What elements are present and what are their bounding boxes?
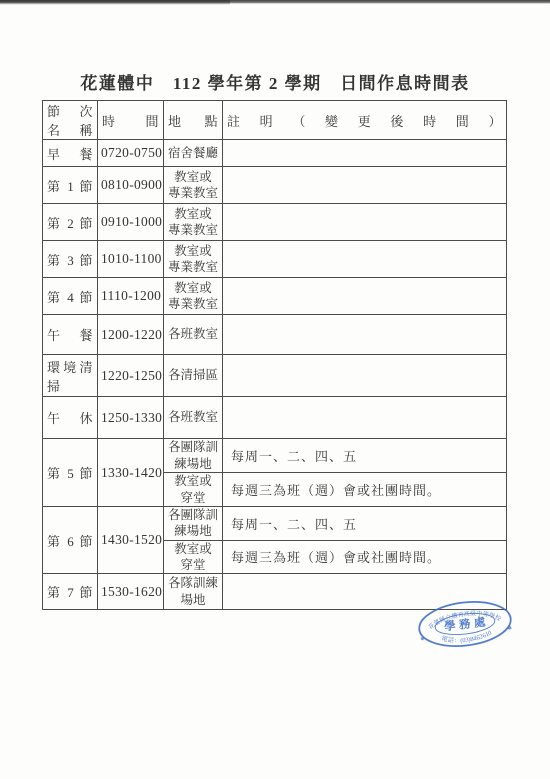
col-header-place: 地 點: [164, 101, 223, 140]
period-cell: 第 2 節: [43, 204, 98, 241]
place-cell: 各隊訓練 場地: [164, 574, 223, 610]
table-row: 第 1 節 0810-0900 教室或 專業教室: [43, 167, 507, 204]
table-row: 第 3 節 1010-1100 教室或 專業教室: [43, 241, 507, 278]
period-cell: 早 餐: [43, 140, 98, 167]
time-cell: 1010-1100: [98, 241, 164, 278]
place-cell: 教室或 專業教室: [164, 278, 223, 315]
note-cell: [223, 397, 507, 439]
place-cell: 各團隊訓 練場地: [164, 507, 223, 541]
place-cell: 教室或 穿堂: [164, 473, 223, 507]
place-cell: 各班教室: [164, 397, 223, 439]
table-row: 午 餐 1200-1220 各班教室: [43, 315, 507, 355]
time-cell: 1220-1250: [98, 355, 164, 397]
period-cell: 第 5 節: [43, 439, 98, 507]
time-cell: 1110-1200: [98, 278, 164, 315]
note-cell: [223, 315, 507, 355]
period-cell: 第 4 節: [43, 278, 98, 315]
place-cell: 各班教室: [164, 315, 223, 355]
period-cell: 第 7 節: [43, 574, 98, 610]
time-cell: 1250-1330: [98, 397, 164, 439]
note-cell: [223, 355, 507, 397]
note-cell: [223, 204, 507, 241]
table-row: 早 餐 0720-0750 宿舍餐廳: [43, 140, 507, 167]
time-cell: 0720-0750: [98, 140, 164, 167]
place-cell: 教室或 專業教室: [164, 167, 223, 204]
time-cell: 0910-1000: [98, 204, 164, 241]
note-cell: 每周一、二、四、五: [223, 507, 507, 541]
seal-ornament-right-icon: ✽: [507, 625, 512, 631]
col-header-period: 節 次 名 稱: [43, 101, 98, 140]
time-cell: 1530-1620: [98, 574, 164, 610]
table-row: 第 2 節 0910-1000 教室或 專業教室: [43, 204, 507, 241]
col-header-note: 註 明 （ 變 更 後 時 間 ）: [223, 101, 507, 140]
period-cell: 午 休: [43, 397, 98, 439]
table-row: 第 4 節 1110-1200 教室或 專業教室: [43, 278, 507, 315]
note-cell: [223, 140, 507, 167]
period-cell: 第 6 節: [43, 507, 98, 574]
time-cell: 1330-1420: [98, 439, 164, 507]
table-row: 環境清掃 1220-1250 各清掃區: [43, 355, 507, 397]
period-cell: 第 1 節: [43, 167, 98, 204]
scanned-document-page: 花蓮體中 112 學年第 2 學期 日間作息時間表 節 次 名 稱 時 間 地 …: [0, 0, 550, 779]
scan-edge-artifact-dark: [0, 0, 230, 5]
time-cell: 1200-1220: [98, 315, 164, 355]
note-cell: [223, 167, 507, 204]
seal-ornament-left-icon: ✽: [420, 636, 425, 642]
period-cell: 環境清掃: [43, 355, 98, 397]
table-row: 午 休 1250-1330 各班教室: [43, 397, 507, 439]
daily-schedule-table: 節 次 名 稱 時 間 地 點 註 明 （ 變 更 後 時 間 ） 早 餐 07…: [42, 100, 507, 610]
place-cell: 宿舍餐廳: [164, 140, 223, 167]
official-seal-stamp: 花蓮縣立體育高級中等學校 電話：(03)8462610 學務處 ✽ ✽: [405, 589, 525, 659]
note-cell: [223, 241, 507, 278]
place-cell: 各清掃區: [164, 355, 223, 397]
period-cell: 第 3 節: [43, 241, 98, 278]
time-cell: 0810-0900: [98, 167, 164, 204]
place-cell: 各團隊訓 練場地: [164, 439, 223, 473]
time-cell: 1430-1520: [98, 507, 164, 574]
table-row: 第 5 節 1330-1420 各團隊訓 練場地 每周一、二、四、五: [43, 439, 507, 473]
page-title: 花蓮體中 112 學年第 2 學期 日間作息時間表: [0, 69, 550, 94]
note-cell: 每周一、二、四、五: [223, 439, 507, 473]
note-cell: [223, 278, 507, 315]
period-cell: 午 餐: [43, 315, 98, 355]
place-cell: 教室或 專業教室: [164, 204, 223, 241]
header-row: 節 次 名 稱 時 間 地 點 註 明 （ 變 更 後 時 間 ）: [43, 101, 507, 140]
place-cell: 教室或 穿堂: [164, 540, 223, 574]
note-cell: 每週三為班（週）會或社團時間。: [223, 473, 507, 507]
note-cell: 每週三為班（週）會或社團時間。: [223, 540, 507, 574]
col-header-time: 時 間: [98, 101, 164, 140]
table-row: 第 6 節 1430-1520 各團隊訓 練場地 每周一、二、四、五: [43, 507, 507, 541]
place-cell: 教室或 專業教室: [164, 241, 223, 278]
